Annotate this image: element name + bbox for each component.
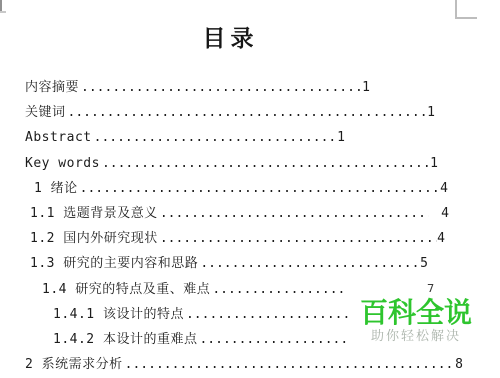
margin-mark-line <box>0 11 6 13</box>
toc-entry-page-number: 5 <box>420 251 428 276</box>
toc-entry-page-number: 8 <box>455 352 463 377</box>
document-page: 目录 内容摘要.................................… <box>0 0 500 378</box>
toc-entry-page-number: 1 <box>430 151 438 176</box>
dot-leader: ........................................… <box>158 226 437 251</box>
toc-entry-label: 内容摘要 <box>25 75 79 100</box>
toc-entry[interactable]: 1.3 研究的主要内容和思路..........................… <box>0 251 500 276</box>
toc-entry-page-number: 4 <box>437 226 445 251</box>
toc-entry-label: 1.4.1 该设计的特点 <box>53 302 184 327</box>
dot-leader: ........................................… <box>123 352 456 377</box>
watermark-slogan-text: 助你轻松解决 <box>350 329 482 345</box>
toc-title[interactable]: 目录 <box>0 20 456 53</box>
toc-entry[interactable]: 2 系统需求分析................................… <box>0 352 500 377</box>
toc-entry[interactable]: 内容摘要....................................… <box>0 75 500 100</box>
toc-entry-page-number: 1 <box>362 75 370 100</box>
toc-entry[interactable]: 1.1 选题背景及意义.............................… <box>0 201 500 226</box>
dot-leader: ........................................… <box>210 277 345 302</box>
toc-entry-label: 1.2 国内外研究现状 <box>30 226 158 251</box>
toc-entry[interactable]: Abstract................................… <box>0 125 500 150</box>
toc-entry-label: Abstract <box>25 125 92 150</box>
toc-entry-label: 2 系统需求分析 <box>25 352 123 377</box>
row-end-spacer <box>448 191 500 192</box>
dot-leader: ........................................… <box>78 176 441 201</box>
row-end-spacer <box>428 266 500 267</box>
row-end-spacer <box>345 140 500 141</box>
row-end-spacer <box>370 90 500 91</box>
dot-leader: ........................................… <box>100 151 430 176</box>
dot-leader: ........................................… <box>158 201 429 226</box>
dot-leader: ........................................… <box>79 75 362 100</box>
toc-entry[interactable]: 1 绪论....................................… <box>0 176 500 201</box>
row-end-spacer <box>449 216 500 217</box>
toc-entry-label: 1.1 选题背景及意义 <box>30 201 158 226</box>
toc-entry-page-number: 4 <box>441 201 449 226</box>
dot-leader: ........................................… <box>184 302 352 327</box>
row-end-spacer <box>438 166 500 167</box>
row-end-spacer <box>463 367 500 368</box>
toc-entry-label: 1.3 研究的主要内容和思路 <box>30 251 198 276</box>
toc-entry-page-number: 1 <box>337 125 345 150</box>
toc-entry[interactable]: 1.2 国内外研究现状.............................… <box>0 226 500 251</box>
watermark-brand-text: 百科全说 <box>350 296 482 329</box>
dot-leader: ........................................… <box>197 327 356 352</box>
toc-entry-label: 关键词 <box>25 100 66 125</box>
margin-mark-line <box>455 17 477 19</box>
toc-entry[interactable]: 关键词.....................................… <box>0 100 500 125</box>
toc-entry[interactable]: Key words...............................… <box>0 151 500 176</box>
dot-leader: ........................................… <box>198 251 420 276</box>
toc-entry-page-number: 4 <box>440 176 448 201</box>
toc-entry-label: Key words <box>25 151 100 176</box>
row-end-spacer <box>445 241 500 242</box>
toc-entry-label: 1.4 研究的特点及重、难点 <box>42 277 210 302</box>
toc-entry-label: 1.4.2 本设计的重难点 <box>53 327 197 352</box>
dot-leader: ........................................… <box>92 125 338 150</box>
row-end-spacer <box>345 292 500 293</box>
dot-leader: ........................................… <box>66 100 428 125</box>
obscured-page-number: 7 <box>427 284 439 292</box>
toc-entry-page-number: 1 <box>427 100 435 125</box>
row-end-spacer <box>435 115 500 116</box>
watermark-logo: 百科全说 助你轻松解决 <box>350 296 482 345</box>
toc-entry-label: 1 绪论 <box>34 176 78 201</box>
